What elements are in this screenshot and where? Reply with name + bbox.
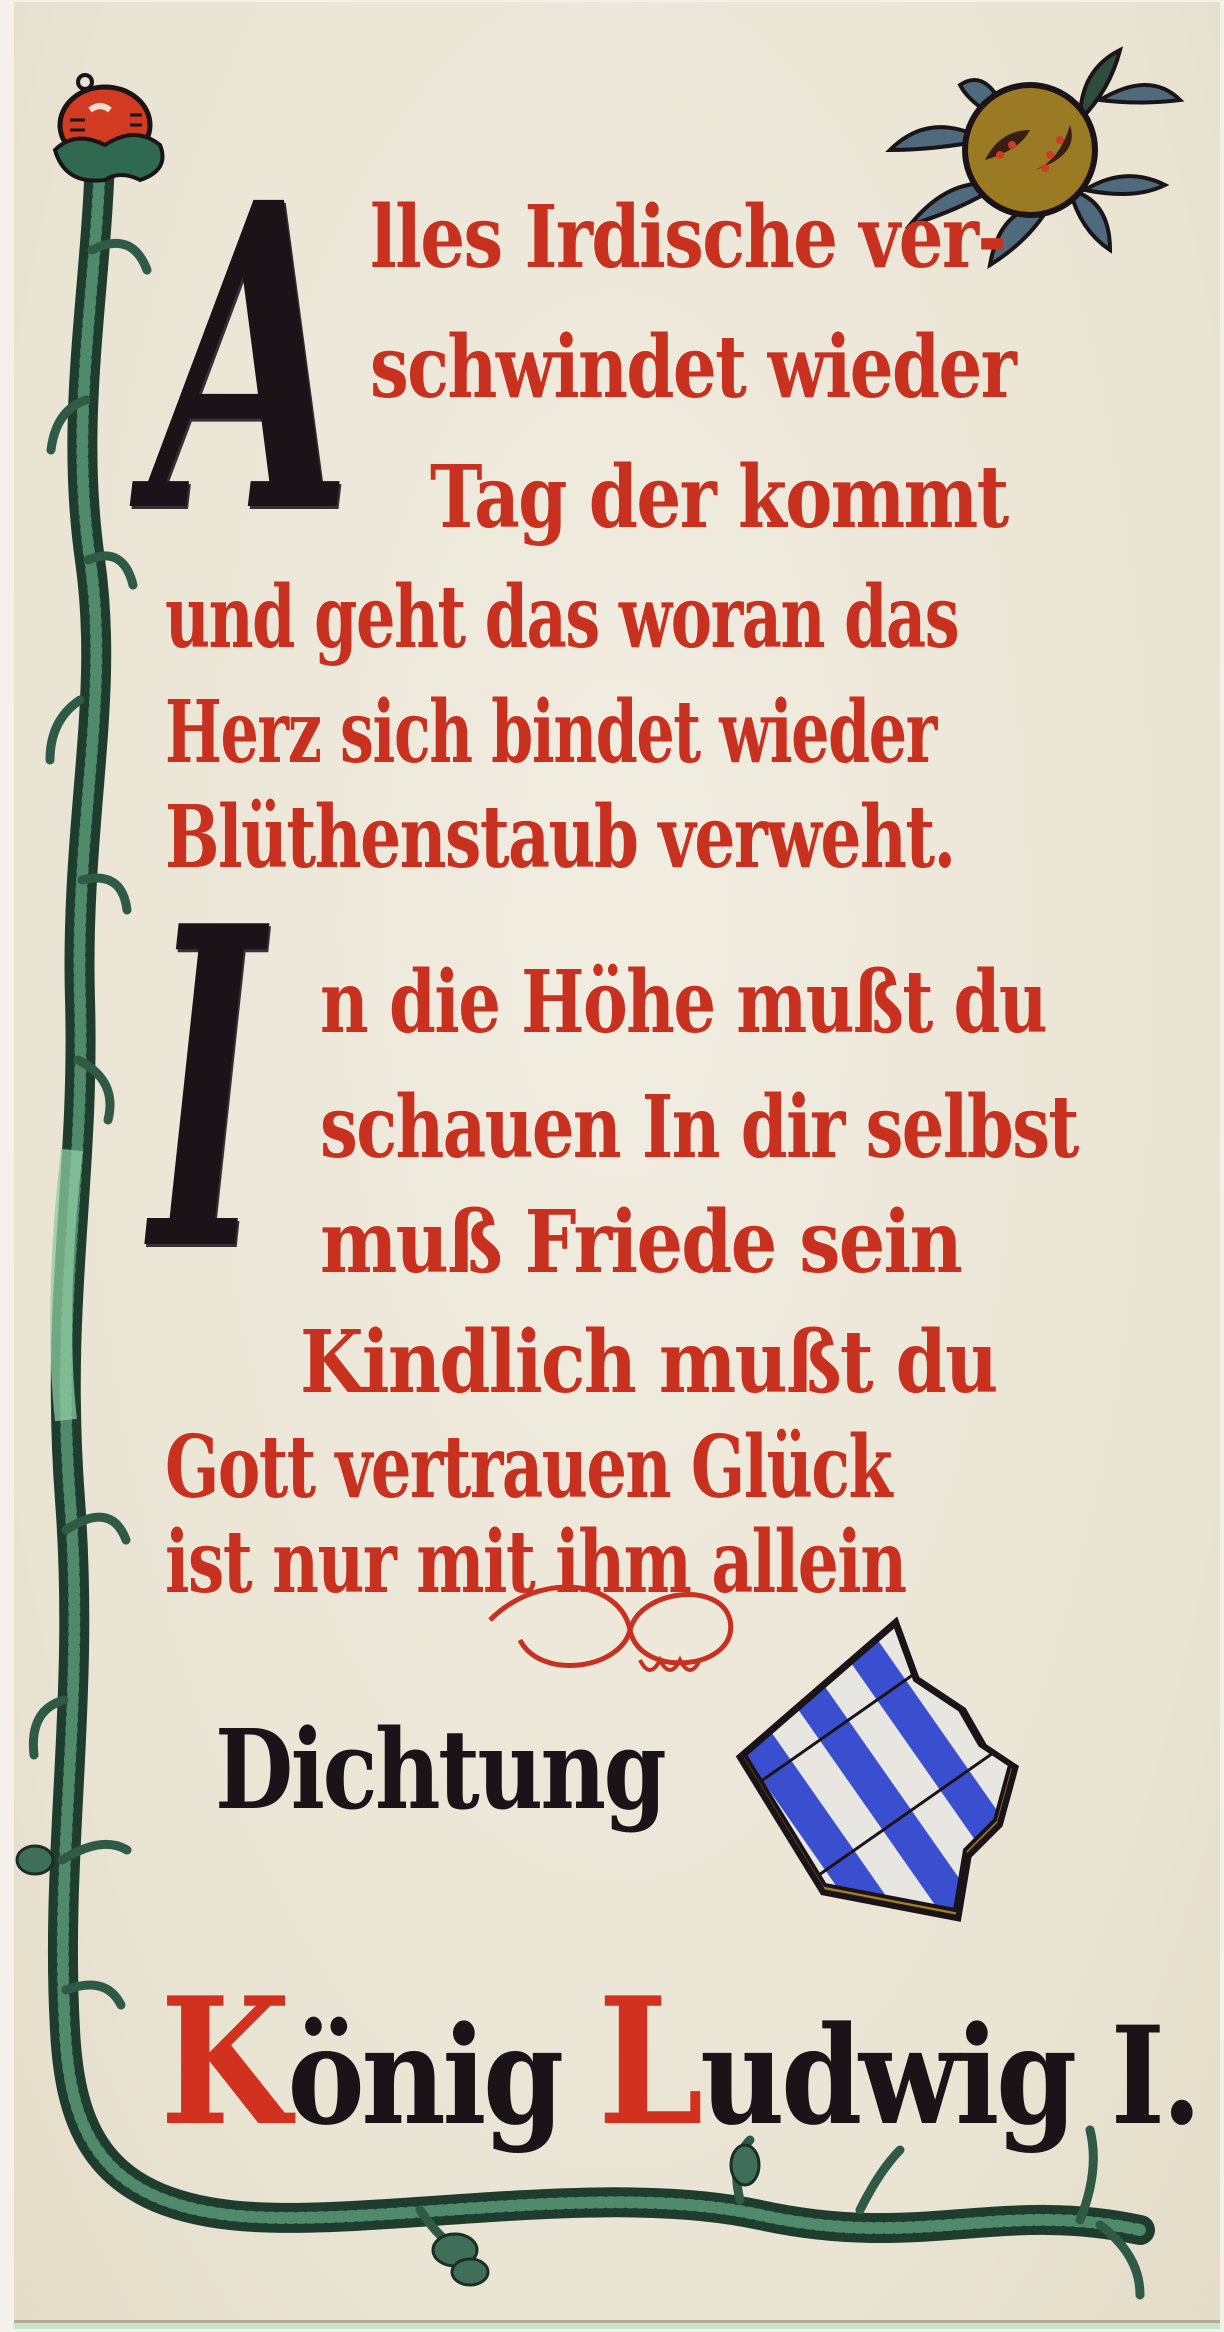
poem-line: Blüthenstaub verweht.: [165, 795, 955, 881]
poem-line: Tag der kommt: [430, 455, 1008, 541]
author-second-word: udwig I.: [700, 1996, 1198, 2155]
poem-line: n die Höhe mußt du: [320, 960, 1046, 1046]
poem-line: lles Irdische ver-: [370, 195, 1005, 281]
author-first-word: önig: [287, 1996, 560, 2155]
author-initial-l: L: [598, 1960, 700, 2165]
poem-line: und geht das woran das: [165, 575, 958, 661]
poem-line: Herz sich bindet wieder: [165, 690, 936, 776]
poem-line: Kindlich mußt du: [300, 1320, 997, 1406]
author-name: König Ludwig I.: [160, 1960, 1199, 2165]
initial-capital-i: I: [150, 870, 263, 1310]
author-initial-k: K: [160, 1960, 287, 2165]
poem-line: muß Friede sein: [320, 1200, 961, 1286]
poem-line: schauen In dir selbst: [320, 1085, 1078, 1171]
poem-line: Gott vertrauen Glück: [165, 1425, 891, 1511]
initial-capital-a: A: [150, 150, 352, 570]
credit-label: Dichtung: [215, 1705, 664, 1834]
bavarian-crest-icon: [725, 1605, 1085, 1935]
poem-line: schwindet wieder: [370, 325, 1015, 411]
